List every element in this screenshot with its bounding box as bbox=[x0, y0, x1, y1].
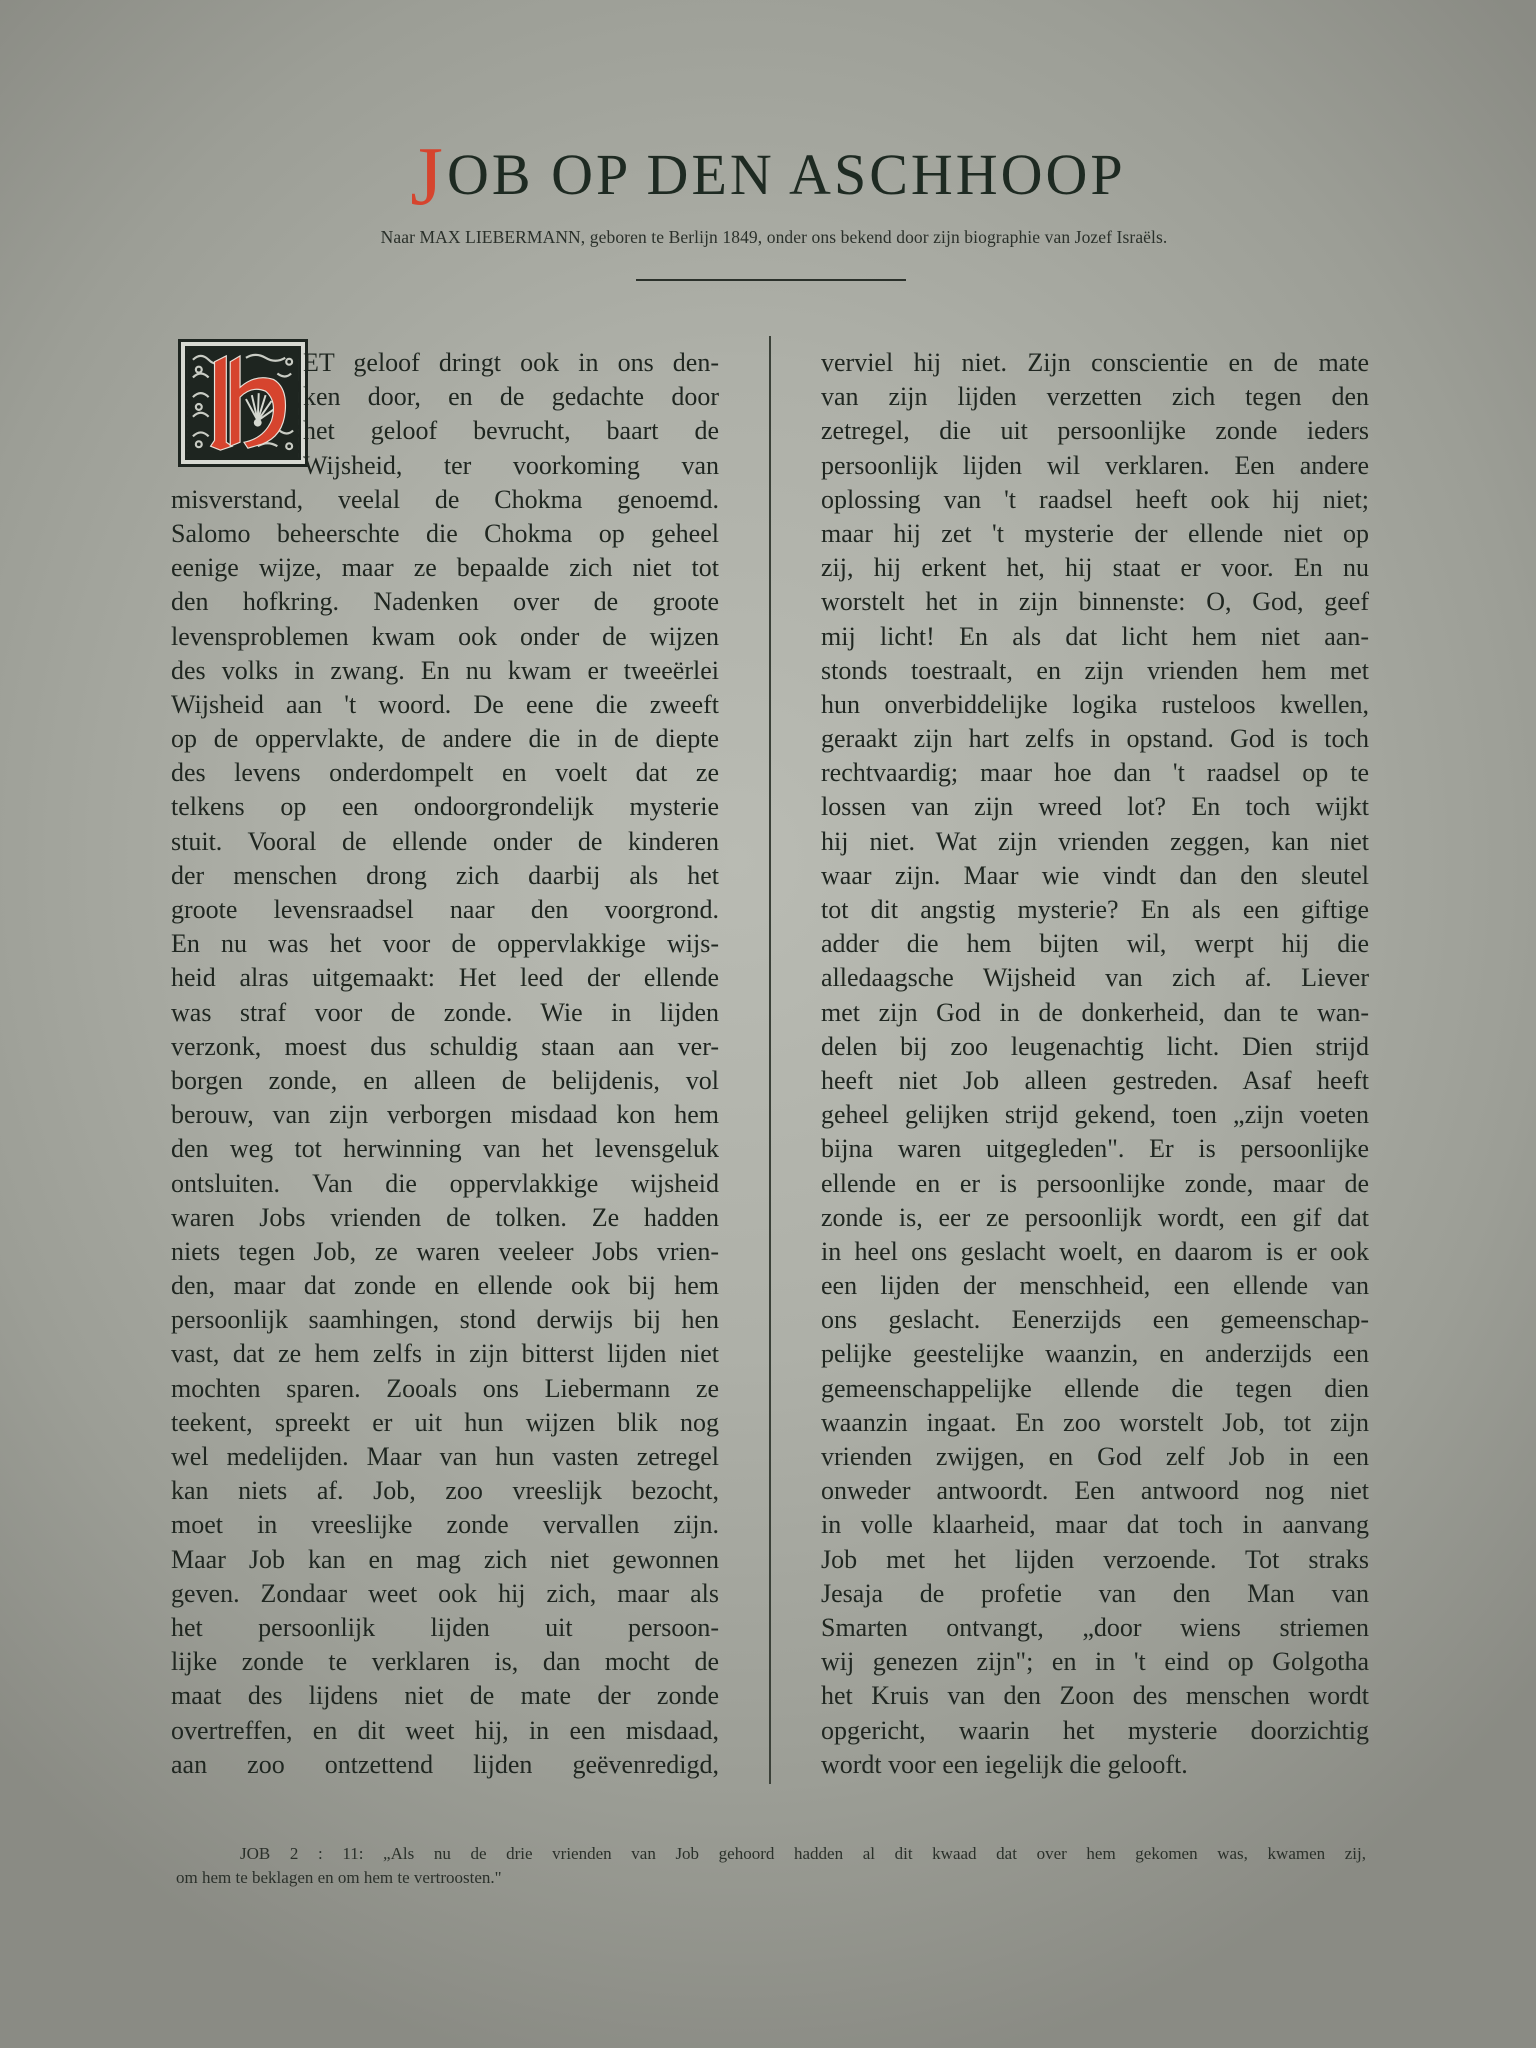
text-line: wij genezen zijn"; en in 't eind op Golg… bbox=[821, 1645, 1369, 1679]
magazine-page: JOB OP DEN ASCHHOOP Naar MAX LIEBERMANN,… bbox=[0, 0, 1536, 2048]
text-line: geheel gelijken strijd gekend, toen „zij… bbox=[821, 1098, 1369, 1132]
text-line: ons geslacht. Eenerzijds een gemeenschap… bbox=[821, 1303, 1369, 1337]
text-line: maat des lijdens niet de mate der zonde bbox=[171, 1679, 719, 1713]
text-line: wordt voor een iegelijk die gelooft. bbox=[821, 1748, 1369, 1782]
text-line: ellende en er is persoonlijke zonde, maa… bbox=[821, 1167, 1369, 1201]
text-line: berouw, van zijn verborgen misdaad kon h… bbox=[171, 1098, 719, 1132]
text-line: lijke zonde te verklaren is, dan mocht d… bbox=[171, 1645, 719, 1679]
text-line: met zijn God in de donkerheid, dan te wa… bbox=[821, 996, 1369, 1030]
text-line: den, maar dat zonde en ellende ook bij h… bbox=[171, 1269, 719, 1303]
text-line: persoonlijk saamhingen, stond derwijs bi… bbox=[171, 1303, 719, 1337]
text-line: delen bij zoo leugenachtig licht. Dien s… bbox=[821, 1030, 1369, 1064]
text-line: moet in vreeslijke zonde vervallen zijn. bbox=[171, 1508, 719, 1542]
text-line: Maar Job kan en mag zich niet gewonnen bbox=[171, 1543, 719, 1577]
text-line: mij licht! En als dat licht hem niet aan… bbox=[821, 620, 1369, 654]
text-line: Smarten ontvangt, „door wiens striemen bbox=[821, 1611, 1369, 1645]
text-line: des levens onderdompelt en voelt dat ze bbox=[171, 756, 719, 790]
text-line: Job met het lijden verzoende. Tot straks bbox=[821, 1543, 1369, 1577]
text-line: des volks in zwang. En nu kwam er tweeër… bbox=[171, 654, 719, 688]
text-line: bijna waren uitgegleden". Er is persoonl… bbox=[821, 1132, 1369, 1166]
text-line: borgen zonde, en alleen de belijdenis, v… bbox=[171, 1064, 719, 1098]
text-line: der menschen drong zich daarbij als het bbox=[171, 859, 719, 893]
title-text: OB OP DEN ASCHHOOP bbox=[447, 142, 1126, 207]
text-line: onweder antwoordt. Een antwoord nog niet bbox=[821, 1474, 1369, 1508]
text-line: vrienden zwijgen, en God zelf Job in een bbox=[821, 1440, 1369, 1474]
text-line: hun onverbiddelijke logika rusteloos kwe… bbox=[821, 688, 1369, 722]
text-line: persoonlijk lijden wil verklaren. Een an… bbox=[821, 449, 1369, 483]
text-line: Wijsheid aan 't woord. De eene die zweef… bbox=[171, 688, 719, 722]
text-line: hij niet. Wat zijn vrienden zeggen, kan … bbox=[821, 825, 1369, 859]
text-line: in volle klaarheid, maar dat toch in aan… bbox=[821, 1508, 1369, 1542]
text-line: het geloof bevrucht, baart de bbox=[171, 414, 719, 448]
text-line: teekent, spreekt er uit hun wijzen blik … bbox=[171, 1406, 719, 1440]
text-line: ken door, en de gedachte door bbox=[171, 380, 719, 414]
text-line: oplossing van 't raadsel heeft ook hij n… bbox=[821, 483, 1369, 517]
text-line: verviel hij niet. Zijn conscientie en de… bbox=[821, 346, 1369, 380]
text-line: heeft niet Job alleen gestreden. Asaf he… bbox=[821, 1064, 1369, 1098]
text-line: den weg tot herwinning van het levensgel… bbox=[171, 1132, 719, 1166]
text-line: levensproblemen kwam ook onder de wijzen bbox=[171, 620, 719, 654]
text-line: was straf voor de zonde. Wie in lijden bbox=[171, 996, 719, 1030]
text-line: lossen van zijn wreed lot? En toch wijkt bbox=[821, 790, 1369, 824]
text-line: opgericht, waarin het mysterie doorzicht… bbox=[821, 1714, 1369, 1748]
text-line: ontsluiten. Van die oppervlakkige wijshe… bbox=[171, 1167, 719, 1201]
text-line: En nu was het voor de oppervlakkige wijs… bbox=[171, 927, 719, 961]
text-line: stuit. Vooral de ellende onder de kinder… bbox=[171, 825, 719, 859]
text-line: het persoonlijk lijden uit persoon- bbox=[171, 1611, 719, 1645]
text-line: Wijsheid, ter voorkoming van bbox=[171, 449, 719, 483]
text-line: alledaagsche Wijsheid van zich af. Lieve… bbox=[821, 961, 1369, 995]
text-line: zetregel, die uit persoonlijke zonde ied… bbox=[821, 414, 1369, 448]
text-line: waanzin ingaat. En zoo worstelt Job, tot… bbox=[821, 1406, 1369, 1440]
title-rule-divider bbox=[636, 279, 906, 281]
text-line: op de oppervlakte, de andere die in de d… bbox=[171, 722, 719, 756]
text-line: een lijden der menschheid, een ellende v… bbox=[821, 1269, 1369, 1303]
title-initial: J bbox=[410, 130, 446, 223]
text-line: misverstand, veelal de Chokma genoemd. bbox=[171, 483, 719, 517]
text-line: tot dit angstig mysterie? En als een gif… bbox=[821, 893, 1369, 927]
text-line: Jesaja de profetie van den Man van bbox=[821, 1577, 1369, 1611]
text-line: waar zijn. Maar wie vindt dan den sleute… bbox=[821, 859, 1369, 893]
text-line: eenige wijze, maar ze bepaalde zich niet… bbox=[171, 551, 719, 585]
footnote-line: om hem te beklagen en om hem te vertroos… bbox=[176, 1866, 1366, 1890]
text-line: zonde is, eer ze persoonlijk wordt, een … bbox=[821, 1201, 1369, 1235]
text-line: maar hij zet 't mysterie der ellende nie… bbox=[821, 517, 1369, 551]
text-line: vast, dat ze hem zelfs in zijn bitterst … bbox=[171, 1337, 719, 1371]
text-line: in heel ons geslacht woelt, en daarom is… bbox=[821, 1235, 1369, 1269]
text-line: overtreffen, en dit weet hij, in een mis… bbox=[171, 1714, 719, 1748]
text-line: verzonk, moest dus schuldig staan aan ve… bbox=[171, 1030, 719, 1064]
text-line: pelijke geestelijke waanzin, en anderzij… bbox=[821, 1337, 1369, 1371]
text-line: groote levensraadsel naar den voorgrond. bbox=[171, 893, 719, 927]
footnote-line: JOB 2 : 11: „Als nu de drie vrienden van… bbox=[176, 1842, 1366, 1866]
text-line: adder die hem bijten wil, werpt hij die bbox=[821, 927, 1369, 961]
page-title: JOB OP DEN ASCHHOOP bbox=[0, 132, 1536, 210]
text-line: zij, hij erkent het, hij staat er voor. … bbox=[821, 551, 1369, 585]
text-line: waren Jobs vrienden de tolken. Ze hadden bbox=[171, 1201, 719, 1235]
text-line: geven. Zondaar weet ook hij zich, maar a… bbox=[171, 1577, 719, 1611]
text-line: den hofkring. Nadenken over de groote bbox=[171, 585, 719, 619]
text-line: telkens op een ondoorgrondelijk mysterie bbox=[171, 790, 719, 824]
text-line: stonds toestraalt, en zijn vrienden hem … bbox=[821, 654, 1369, 688]
article-column-right: verviel hij niet. Zijn conscientie en de… bbox=[821, 346, 1369, 1782]
text-line: geraakt zijn hart zelfs in opstand. God … bbox=[821, 722, 1369, 756]
text-line: Salomo beheerschte die Chokma op geheel bbox=[171, 517, 719, 551]
text-line: aan zoo ontzettend lijden geëvenredigd, bbox=[171, 1748, 719, 1782]
page-subtitle: Naar MAX LIEBERMANN, geboren te Berlijn … bbox=[0, 227, 1536, 248]
text-line: wel medelijden. Maar van hun vasten zetr… bbox=[171, 1440, 719, 1474]
article-column-left: ET geloof dringt ook in ons den- ken doo… bbox=[171, 346, 719, 1782]
text-line: rechtvaardig; maar hoe dan 't raadsel op… bbox=[821, 756, 1369, 790]
text-line: kan niets af. Job, zoo vreeslijk bezocht… bbox=[171, 1474, 719, 1508]
text-line: gemeenschappelijke ellende die tegen die… bbox=[821, 1372, 1369, 1406]
text-line: het Kruis van den Zoon des menschen word… bbox=[821, 1679, 1369, 1713]
text-line: niets tegen Job, ze waren veeleer Jobs v… bbox=[171, 1235, 719, 1269]
text-line: ET geloof dringt ook in ons den- bbox=[171, 346, 719, 380]
text-line: mochten sparen. Zooals ons Liebermann ze bbox=[171, 1372, 719, 1406]
text-line: worstelt het in zijn binnenste: O, God, … bbox=[821, 585, 1369, 619]
column-divider bbox=[769, 336, 771, 1784]
scripture-footnote: JOB 2 : 11: „Als nu de drie vrienden van… bbox=[176, 1842, 1366, 1890]
text-line: heid alras uitgemaakt: Het leed der elle… bbox=[171, 961, 719, 995]
text-line: van zijn lijden verzetten zich tegen den bbox=[821, 380, 1369, 414]
